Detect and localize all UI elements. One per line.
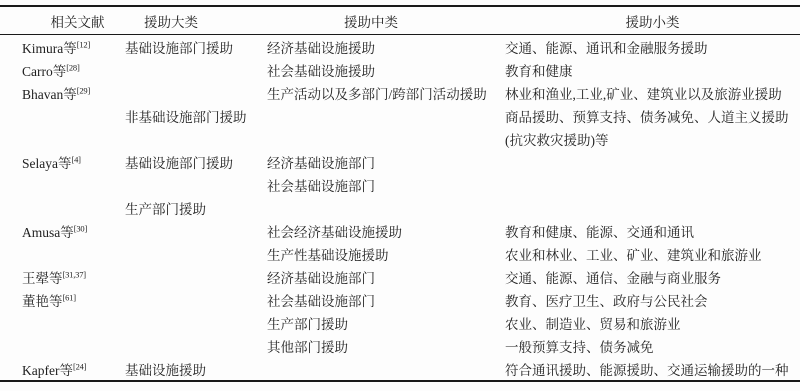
paper-page: 相关文献 援助大类 援助中类 援助小类 Kimura等[12]基础设施部门援助经… xyxy=(0,0,800,391)
mid-category-cell xyxy=(267,196,505,219)
mid-category-cell xyxy=(267,104,505,127)
mid-category-cell: 经济基础设施部门 xyxy=(267,265,505,288)
minor-category-cell: 商品援助、预算支持、债务减免、人道主义援助 xyxy=(505,104,800,127)
header-aid-middle-category: 援助中类 xyxy=(267,6,505,35)
mid-category-cell: 社会基础设施部门 xyxy=(267,173,505,196)
minor-category-cell: 一般预算支持、债务减免 xyxy=(505,334,800,357)
mid-category-cell: 经济基础设施部门 xyxy=(267,150,505,173)
citation-superscript: [12] xyxy=(77,39,90,49)
literature-cell xyxy=(0,196,125,219)
mid-category-cell: 社会经济基础设施援助 xyxy=(267,219,505,242)
literature-cell: Bhavan等[29] xyxy=(0,81,125,104)
aid-classification-table: 相关文献 援助大类 援助中类 援助小类 Kimura等[12]基础设施部门援助经… xyxy=(0,5,800,382)
mid-category-cell xyxy=(267,357,505,381)
major-category-cell xyxy=(125,127,267,150)
citation-superscript: [24] xyxy=(73,361,86,371)
literature-cell xyxy=(0,104,125,127)
table-row: (抗灾救灾援助)等 xyxy=(0,127,800,150)
major-category-cell xyxy=(125,288,267,311)
citation-superscript: [28] xyxy=(66,62,79,72)
major-category-cell xyxy=(125,219,267,242)
literature-cell xyxy=(0,311,125,334)
header-aid-major-category: 援助大类 xyxy=(125,6,267,35)
literature-cell xyxy=(0,127,125,150)
mid-category-cell: 生产性基础设施援助 xyxy=(267,242,505,265)
literature-cell: Carro等[28] xyxy=(0,58,125,81)
major-category-cell xyxy=(125,334,267,357)
minor-category-cell xyxy=(505,196,800,219)
literature-author: Selaya等 xyxy=(22,156,72,171)
minor-category-cell: (抗灾救灾援助)等 xyxy=(505,127,800,150)
literature-cell: 董艳等[61] xyxy=(0,288,125,311)
mid-category-cell: 社会基础设施部门 xyxy=(267,288,505,311)
major-category-cell xyxy=(125,173,267,196)
mid-category-cell xyxy=(267,127,505,150)
major-category-cell xyxy=(125,58,267,81)
table-row: Amusa等[30]社会经济基础设施援助教育和健康、能源、交通和通讯 xyxy=(0,219,800,242)
literature-author: Kapfer等 xyxy=(22,363,73,378)
minor-category-cell: 教育和健康 xyxy=(505,58,800,81)
table-row: 非基础设施部门援助商品援助、预算支持、债务减免、人道主义援助 xyxy=(0,104,800,127)
literature-cell: Kapfer等[24] xyxy=(0,357,125,381)
header-related-literature: 相关文献 xyxy=(0,6,125,35)
literature-cell: Kimura等[12] xyxy=(0,35,125,59)
literature-author: Carro等 xyxy=(22,64,66,79)
table-row: 王翚等[31,37]经济基础设施部门交通、能源、通信、金融与商业服务 xyxy=(0,265,800,288)
literature-author: Amusa等 xyxy=(22,225,74,240)
table-row: 其他部门援助一般预算支持、债务减免 xyxy=(0,334,800,357)
literature-cell: Selaya等[4] xyxy=(0,150,125,173)
minor-category-cell: 教育、医疗卫生、政府与公民社会 xyxy=(505,288,800,311)
citation-superscript: [61] xyxy=(63,292,76,302)
table-row: Kapfer等[24]基础设施援助符合通讯援助、能源援助、交通运输援助的一种 xyxy=(0,357,800,381)
table-row: Carro等[28]社会基础设施援助教育和健康 xyxy=(0,58,800,81)
mid-category-cell: 生产活动以及多部门/跨部门活动援助 xyxy=(267,81,505,104)
major-category-cell: 基础设施援助 xyxy=(125,357,267,381)
literature-cell: Amusa等[30] xyxy=(0,219,125,242)
minor-category-cell: 农业、制造业、贸易和旅游业 xyxy=(505,311,800,334)
table-row: 社会基础设施部门 xyxy=(0,173,800,196)
major-category-cell: 基础设施部门援助 xyxy=(125,150,267,173)
citation-superscript: [30] xyxy=(74,223,87,233)
citation-superscript: [29] xyxy=(77,85,90,95)
mid-category-cell: 社会基础设施援助 xyxy=(267,58,505,81)
minor-category-cell: 交通、能源、通信、金融与商业服务 xyxy=(505,265,800,288)
table-row: 董艳等[61]社会基础设施部门教育、医疗卫生、政府与公民社会 xyxy=(0,288,800,311)
major-category-cell: 生产部门援助 xyxy=(125,196,267,219)
table-row: Bhavan等[29]生产活动以及多部门/跨部门活动援助林业和渔业,工业,矿业、… xyxy=(0,81,800,104)
literature-cell: 王翚等[31,37] xyxy=(0,265,125,288)
minor-category-cell: 教育和健康、能源、交通和通讯 xyxy=(505,219,800,242)
major-category-cell xyxy=(125,311,267,334)
major-category-cell xyxy=(125,265,267,288)
header-aid-minor-category: 援助小类 xyxy=(505,6,800,35)
literature-author: 王翚等 xyxy=(22,271,63,286)
table-row: Selaya等[4]基础设施部门援助经济基础设施部门 xyxy=(0,150,800,173)
table-body: Kimura等[12]基础设施部门援助经济基础设施援助交通、能源、通讯和金融服务… xyxy=(0,35,800,382)
table-row: 生产部门援助农业、制造业、贸易和旅游业 xyxy=(0,311,800,334)
table-row: 生产部门援助 xyxy=(0,196,800,219)
minor-category-cell: 林业和渔业,工业,矿业、建筑业以及旅游业援助 xyxy=(505,81,800,104)
major-category-cell: 基础设施部门援助 xyxy=(125,35,267,59)
minor-category-cell: 符合通讯援助、能源援助、交通运输援助的一种 xyxy=(505,357,800,381)
table-row: 生产性基础设施援助农业和林业、工业、矿业、建筑业和旅游业 xyxy=(0,242,800,265)
minor-category-cell xyxy=(505,173,800,196)
table-row: Kimura等[12]基础设施部门援助经济基础设施援助交通、能源、通讯和金融服务… xyxy=(0,35,800,59)
major-category-cell: 非基础设施部门援助 xyxy=(125,104,267,127)
minor-category-cell: 交通、能源、通讯和金融服务援助 xyxy=(505,35,800,59)
minor-category-cell: 农业和林业、工业、矿业、建筑业和旅游业 xyxy=(505,242,800,265)
literature-author: Bhavan等 xyxy=(22,87,77,102)
major-category-cell xyxy=(125,242,267,265)
major-category-cell xyxy=(125,81,267,104)
header-row: 相关文献 援助大类 援助中类 援助小类 xyxy=(0,6,800,35)
citation-superscript: [31,37] xyxy=(63,269,86,279)
literature-author: Kimura等 xyxy=(22,41,77,56)
literature-cell xyxy=(0,242,125,265)
mid-category-cell: 其他部门援助 xyxy=(267,334,505,357)
mid-category-cell: 生产部门援助 xyxy=(267,311,505,334)
literature-cell xyxy=(0,173,125,196)
mid-category-cell: 经济基础设施援助 xyxy=(267,35,505,59)
literature-cell xyxy=(0,334,125,357)
literature-author: 董艳等 xyxy=(22,294,63,309)
citation-superscript: [4] xyxy=(72,154,81,164)
minor-category-cell xyxy=(505,150,800,173)
